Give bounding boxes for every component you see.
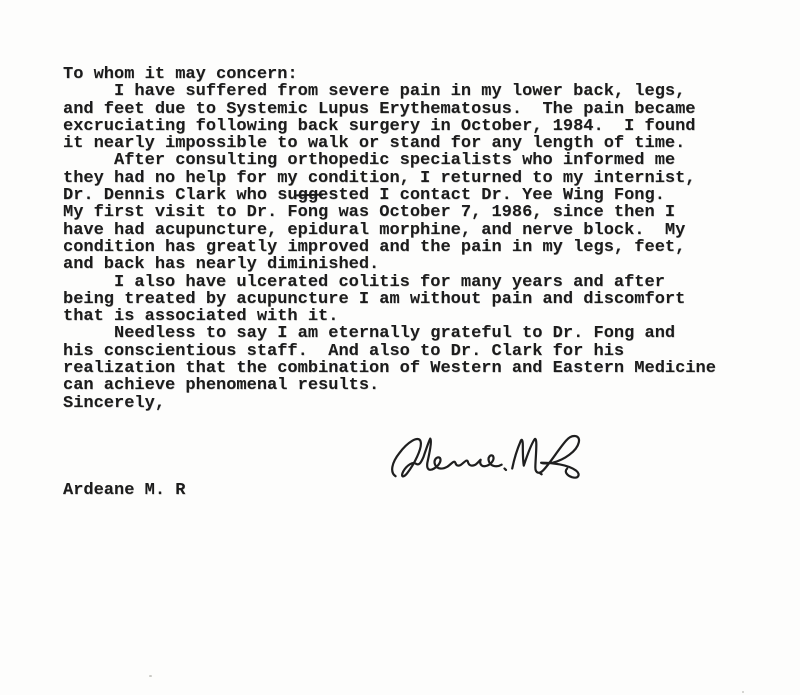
letter-paragraph-3: I also have ulcerated colitis for many y…: [63, 274, 716, 326]
scan-speck: [742, 691, 744, 693]
letter-paragraph-4: Needless to say I am eternally grateful …: [63, 325, 716, 394]
letter-closing: Sincerely,: [63, 395, 716, 412]
signature-name: Ardeane M. R: [63, 482, 716, 499]
handwritten-signature-icon: [385, 428, 597, 482]
letter-body: To whom it may concern: I have suffered …: [63, 66, 716, 499]
letter-paragraph-2: After consulting orthopedic specialists …: [63, 152, 716, 273]
scan-speck: [149, 675, 152, 677]
letter-greeting: To whom it may concern:: [63, 66, 716, 83]
letter-paragraph-1: I have suffered from severe pain in my l…: [63, 83, 716, 152]
letter-page: To whom it may concern: I have suffered …: [0, 0, 800, 695]
